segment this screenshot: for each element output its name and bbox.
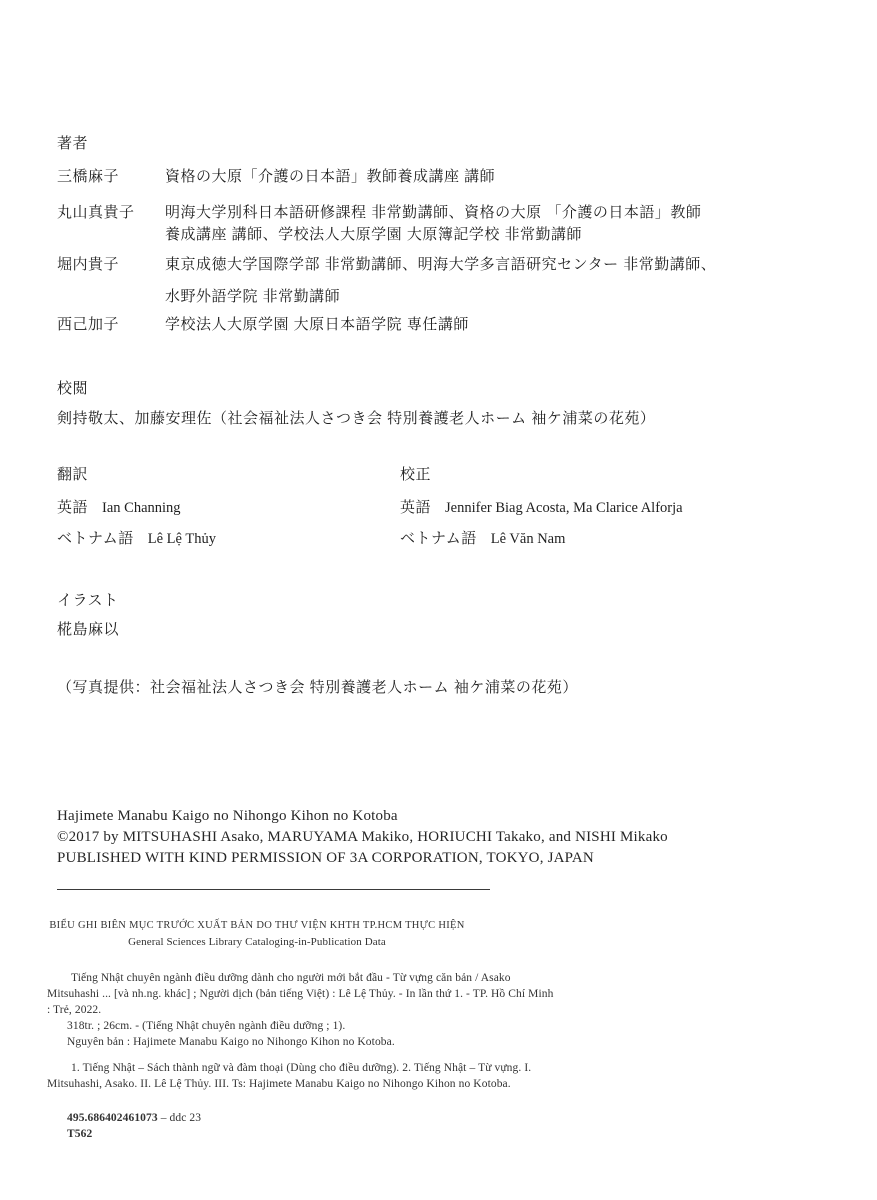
proofreading-heading: 校正 [400,464,431,485]
cip-collation-line: 318tr. ; 26cm. - (Tiếng Nhật chuyên ngàn… [47,1018,467,1034]
author-name: 西己加子 [57,314,119,335]
translator-name: Lê Lệ Thủy [148,531,216,547]
author-role: 資格の大原「介護の日本語」教師養成講座 講師 [165,166,495,187]
cip-header-vietnamese: BIỂU GHI BIÊN MỤC TRƯỚC XUẤT BẢN DO THƯ … [47,918,467,934]
translation-row-vietnamese: ベトナム語Lê Lệ Thủy [57,528,216,549]
authors-heading: 著者 [57,133,88,154]
author-role: 東京成徳大学国際学部 非常勤講師、明海大学多言語研究センター 非常勤講師、 [165,254,716,275]
cip-description-line: Mitsuhashi ... [và nh.ng. khác] ; Người … [47,986,467,1002]
ddc-edition: – ddc 23 [158,1112,201,1124]
author-role: 水野外語学院 非常勤講師 [165,286,340,307]
translation-row-english: 英語Ian Channing [57,497,181,518]
cip-description-line: : Trẻ, 2022. [47,1002,467,1018]
language-label: ベトナム語 [57,530,134,547]
language-label: 英語 [400,499,431,516]
review-heading: 校閲 [57,378,88,399]
author-role: 養成講座 講師、学校法人大原学園 大原簿記学校 非常勤講師 [165,224,582,245]
cip-ddc-line: 495.686402461073 – ddc 23 [47,1110,467,1126]
cip-description-line: Tiếng Nhật chuyên ngành điều dưỡng dành … [47,970,467,986]
author-name: 丸山真貴子 [57,202,135,223]
review-credit: 剣持敬太、加藤安理佐（社会福祉法人さつき会 特別養護老人ホーム 袖ケ浦菜の花苑） [57,408,655,429]
language-label: 英語 [57,499,88,516]
cip-original-title-line: Nguyên bản : Hajimete Manabu Kaigo no Ni… [47,1034,467,1050]
translator-name: Ian Channing [102,500,181,516]
translation-heading: 翻訳 [57,464,88,485]
photo-credit: （写真提供：社会福祉法人さつき会 特別養護老人ホーム 袖ケ浦菜の花苑） [57,677,578,698]
colophon-page: { "authors": { "heading": "著者", "rows": … [0,0,877,1200]
cip-header-english: General Sciences Library Cataloging-in-P… [47,934,467,950]
author-role: 学校法人大原学園 大原日本語学院 専任講師 [165,314,469,335]
cip-call-number: T562 [47,1126,467,1142]
ddc-number: 495.686402461073 [67,1112,158,1124]
title-romaji: Hajimete Manabu Kaigo no Nihongo Kihon n… [57,806,668,827]
cip-subject-line: Mitsuhashi, Asako. II. Lê Lệ Thủy. III. … [47,1076,467,1092]
copyright-block: Hajimete Manabu Kaigo no Nihongo Kihon n… [57,806,668,869]
language-label: ベトナム語 [400,530,477,547]
permission-line: PUBLISHED WITH KIND PERMISSION OF 3A COR… [57,848,668,869]
proofreader-name: Lê Văn Nam [491,531,566,547]
divider-rule [57,889,490,890]
author-role: 明海大学別科日本語研修課程 非常勤講師、資格の大原 「介護の日本語」教師 [165,202,701,223]
author-name: 堀内貴子 [57,254,119,275]
illustrator-name: 椛島麻以 [57,619,119,640]
proofreading-row-vietnamese: ベトナム語Lê Văn Nam [400,528,565,549]
cip-subject-line: 1. Tiếng Nhật – Sách thành ngữ và đàm th… [47,1060,467,1076]
cip-block: BIỂU GHI BIÊN MỤC TRƯỚC XUẤT BẢN DO THƯ … [47,918,467,1142]
proofreading-row-english: 英語Jennifer Biag Acosta, Ma Clarice Alfor… [400,497,683,518]
author-name: 三橋麻子 [57,166,119,187]
copyright-line: ©2017 by MITSUHASHI Asako, MARUYAMA Maki… [57,827,668,848]
illustration-heading: イラスト [57,590,119,611]
proofreader-name: Jennifer Biag Acosta, Ma Clarice Alforja [445,500,683,516]
